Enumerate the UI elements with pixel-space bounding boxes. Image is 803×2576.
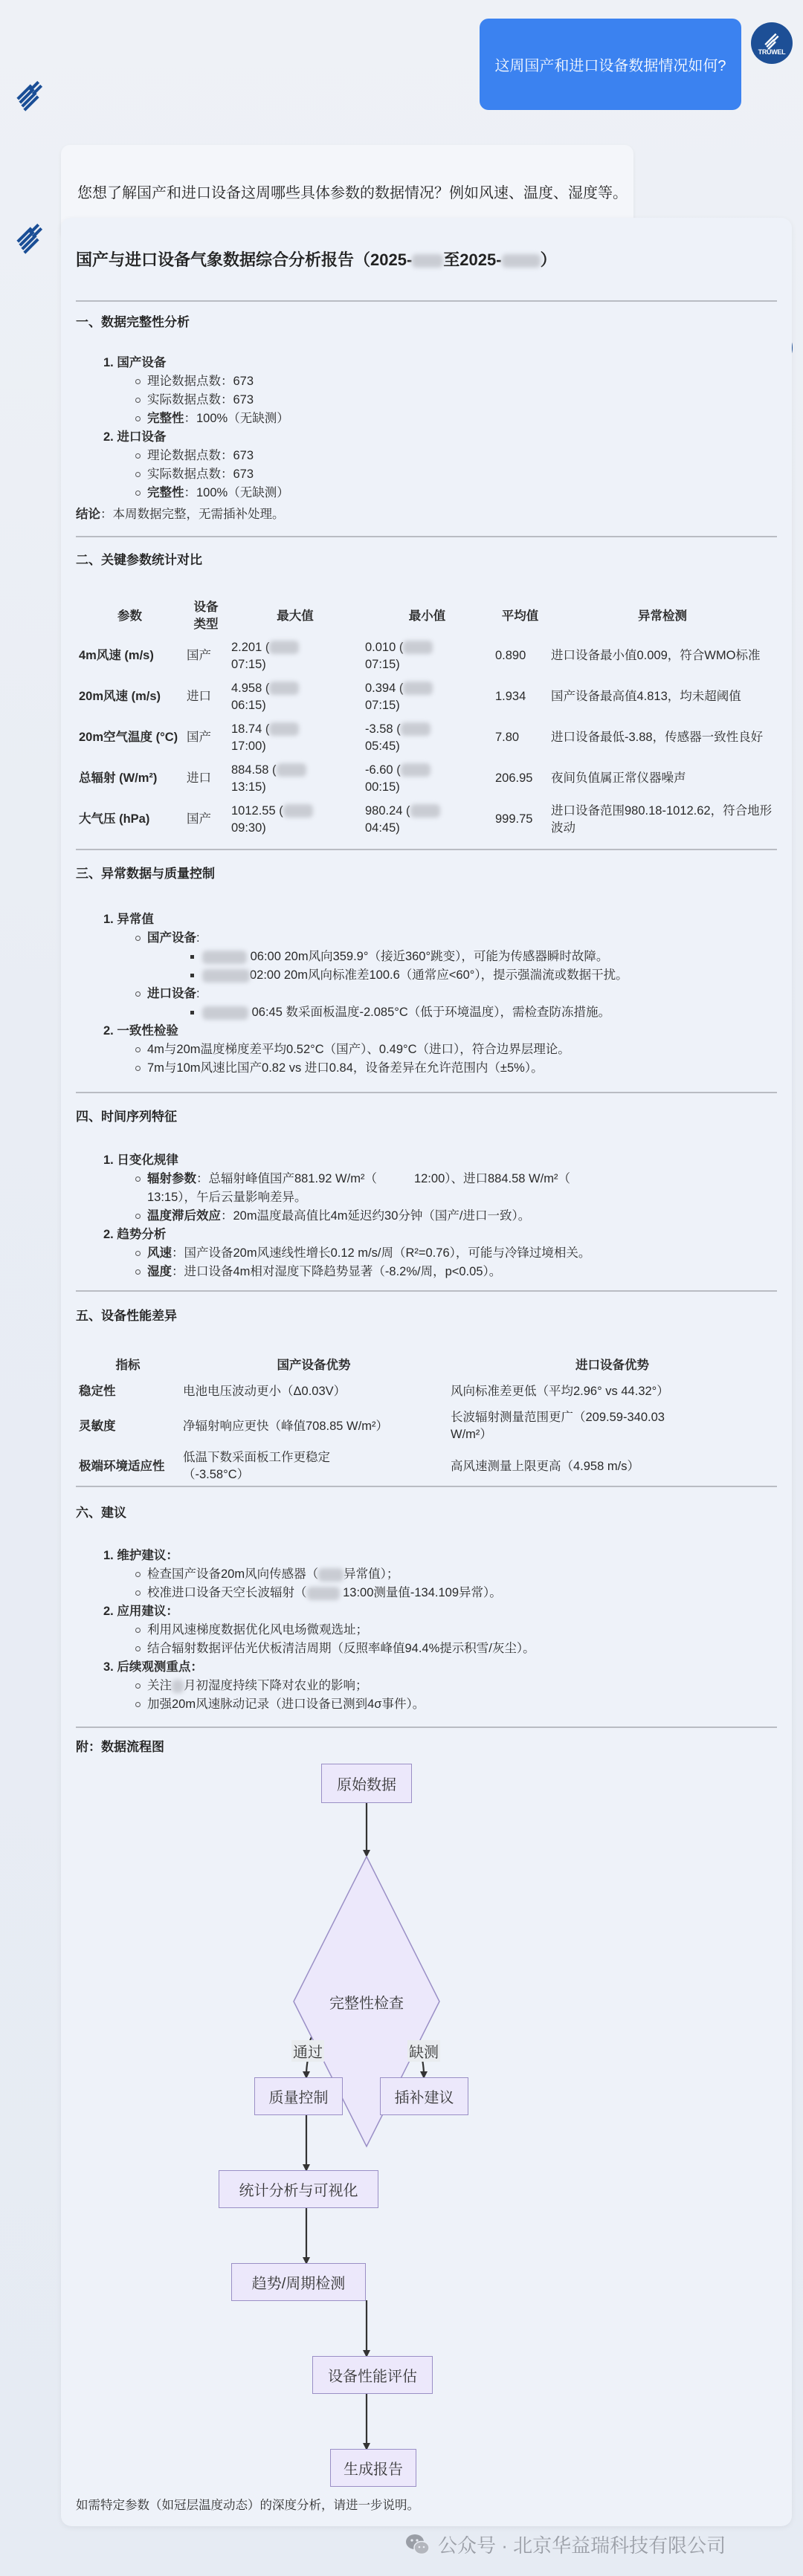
- bot-logo-icon: [10, 73, 52, 114]
- flow-node-completeness-check: 完整性检查: [314, 1991, 419, 2013]
- edge-label-pass: 通过: [291, 2040, 324, 2062]
- flow-node-performance-eval: 设备性能评估: [312, 2356, 433, 2394]
- edge-label-missing: 缺测: [407, 2040, 440, 2062]
- flow-node-trend-detection: 趋势/周期检测: [231, 2263, 366, 2301]
- watermark-text: 公众号 · 北京华益瑞科技有限公司: [438, 2531, 726, 2558]
- flow-node-raw-data: 原始数据: [321, 1764, 412, 1803]
- bot-message-text: 您想了解国产和进口设备这周哪些具体参数的数据情况？例如风速、温度、湿度等。: [77, 181, 628, 202]
- user-avatar[interactable]: TRUWEL: [751, 22, 793, 64]
- flowchart-edges: [61, 218, 792, 2526]
- user-message-text: 这周国产和进口设备数据情况如何?: [494, 54, 726, 75]
- watermark: 公众号 · 北京华益瑞科技有限公司: [405, 2531, 726, 2558]
- flow-node-imputation: 插补建议: [380, 2077, 468, 2115]
- flow-node-generate-report: 生成报告: [330, 2449, 416, 2487]
- truwel-logo-icon: [761, 30, 783, 50]
- closing-text: 如需特定参数（如冠层温度动态）的深度分析，请进一步说明。: [76, 2495, 419, 2513]
- bot-logo-icon: [10, 216, 52, 257]
- avatar-label: TRUWEL: [758, 48, 786, 56]
- flow-node-quality-control: 质量控制: [254, 2077, 343, 2115]
- report-card: 国产与进口设备气象数据综合分析报告（2025-至2025-） 一、数据完整性分析…: [61, 218, 792, 2526]
- user-message-bubble: 这周国产和进口设备数据情况如何?: [480, 19, 741, 110]
- wechat-icon: [405, 2533, 430, 2557]
- flow-node-statistics: 统计分析与可视化: [219, 2170, 378, 2208]
